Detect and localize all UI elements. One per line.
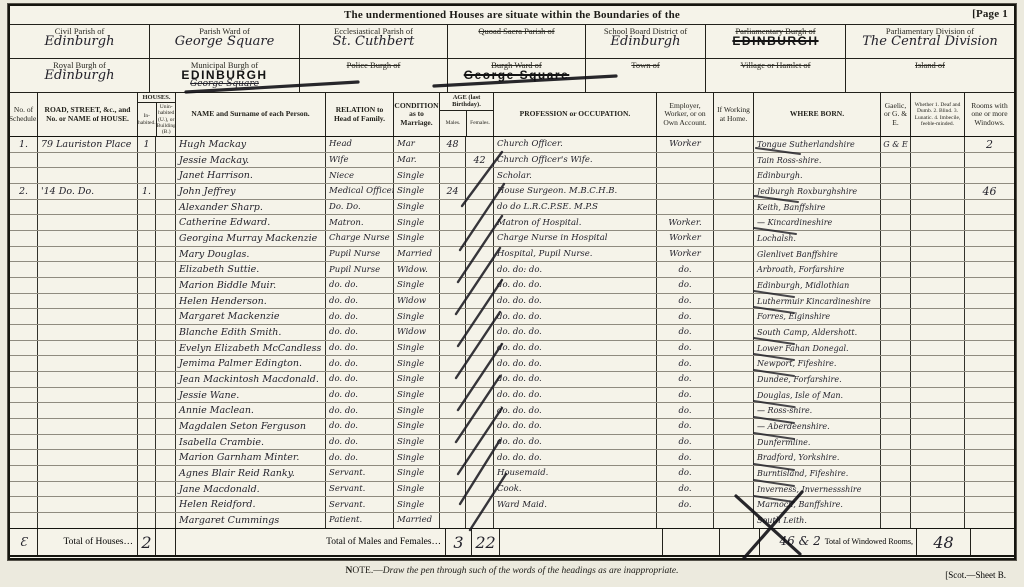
relation-to-head: do. do. <box>326 372 394 387</box>
table-row: Evelyn Elizabeth McCandless do. do. Sing… <box>10 341 1014 357</box>
infirmity <box>911 372 965 387</box>
gaelic-speaker <box>881 372 911 387</box>
profession-occupation: Charge Nurse in Hospital <box>494 231 657 246</box>
table-row: Blanche Edith Smith. do. do. Widow do. d… <box>10 325 1014 341</box>
infirmity <box>911 262 965 277</box>
schedule-number <box>10 419 38 434</box>
windowed-rooms: 2 <box>965 137 1014 152</box>
spacer-cell <box>971 529 1014 555</box>
road-street-house <box>38 231 138 246</box>
enumerator-mark: Ɛ <box>10 529 38 555</box>
gaelic-speaker <box>881 513 911 528</box>
windowed-rooms <box>965 513 1014 528</box>
where-born: Douglas, Isle of Man. <box>754 388 881 403</box>
road-street-house <box>38 356 138 371</box>
where-born: Inverness, Invernessshire <box>754 482 881 497</box>
schedule-number <box>10 341 38 356</box>
working-at-home <box>714 262 754 277</box>
age-males <box>440 231 466 246</box>
houses-inhabited <box>138 231 156 246</box>
where-born: Glenlivet Banffshire <box>754 247 881 262</box>
road-street-house <box>38 341 138 356</box>
person-name: Helen Reidford. <box>176 497 326 512</box>
relation-to-head: Wife <box>326 153 394 168</box>
age-females <box>466 372 494 387</box>
field-value: Edinburgh <box>13 34 146 49</box>
relation-to-head: do. do. <box>326 450 394 465</box>
gaelic-speaker <box>881 403 911 418</box>
table-row: Jemima Palmer Edington. do. do. Single d… <box>10 356 1014 372</box>
houses-inhabited <box>138 419 156 434</box>
houses-uninhabited <box>156 403 176 418</box>
houses-uninhabited <box>156 497 176 512</box>
infirmity <box>911 278 965 293</box>
employer-worker: do. <box>657 278 714 293</box>
road-street-house: 79 Lauriston Place <box>38 137 138 152</box>
where-born: Keith, Banffshire <box>754 200 881 215</box>
person-name: Isabella Crambie. <box>176 435 326 450</box>
district-field: Island of <box>846 59 1014 93</box>
employer-worker: do. <box>657 388 714 403</box>
col-inhabited: In- habited. <box>138 103 156 136</box>
field-substamp: George Square <box>153 79 296 89</box>
age-males <box>440 200 466 215</box>
person-name: Mary Douglas. <box>176 247 326 262</box>
table-row: Jane Macdonald. Servant. Single Cook. do… <box>10 482 1014 498</box>
field-value: Edinburgh <box>13 68 146 83</box>
houses-inhabited <box>138 341 156 356</box>
employer-worker: Worker <box>657 231 714 246</box>
working-at-home <box>714 200 754 215</box>
infirmity <box>911 419 965 434</box>
working-at-home <box>714 356 754 371</box>
profession-occupation: Housemaid. <box>494 466 657 481</box>
age-males <box>440 497 466 512</box>
age-males <box>440 278 466 293</box>
infirmity <box>911 168 965 183</box>
employer-worker: do. <box>657 403 714 418</box>
where-born: Tongue Sutherlandshire <box>754 137 881 152</box>
employer-worker <box>657 513 714 528</box>
field-value: EDINBURGH <box>709 34 842 48</box>
relation-to-head: do. do. <box>326 388 394 403</box>
infirmity <box>911 513 965 528</box>
houses-uninhabited <box>156 137 176 152</box>
houses-inhabited <box>138 247 156 262</box>
column-headers: No. of Schedule. ROAD, STREET, &c., and … <box>10 93 1014 137</box>
houses-uninhabited <box>156 435 176 450</box>
relation-to-head: do. do. <box>326 403 394 418</box>
where-born: South Leith. <box>754 513 881 528</box>
houses-inhabited <box>138 372 156 387</box>
marital-condition: Single <box>394 419 440 434</box>
houses-inhabited <box>138 356 156 371</box>
person-name: Georgina Murray Mackenzie <box>176 231 326 246</box>
relation-to-head: Charge Nurse <box>326 231 394 246</box>
table-row: 1. 79 Lauriston Place 1 Hugh Mackay Head… <box>10 137 1014 153</box>
windowed-rooms <box>965 168 1014 183</box>
profession-occupation: do. do. do. <box>494 372 657 387</box>
houses-uninhabited <box>156 262 176 277</box>
windowed-rooms <box>965 247 1014 262</box>
houses-uninhabited <box>156 419 176 434</box>
rooms-label-text: Total of Windowed Rooms, <box>825 538 913 547</box>
schedule-number <box>10 403 38 418</box>
windowed-rooms <box>965 497 1014 512</box>
profession-occupation: Church Officer. <box>494 137 657 152</box>
working-at-home <box>714 419 754 434</box>
marital-condition: Single <box>394 372 440 387</box>
windowed-rooms <box>965 262 1014 277</box>
employer-worker: do. <box>657 341 714 356</box>
col-infirmities: Whether 1. Deaf and Dumb. 2. Blind. 3. L… <box>911 93 965 136</box>
road-street-house <box>38 497 138 512</box>
working-at-home <box>714 482 754 497</box>
age-females: 42 <box>466 153 494 168</box>
relation-to-head: do. do. <box>326 356 394 371</box>
marital-condition: Married <box>394 247 440 262</box>
where-born: Bradford, Yorkshire. <box>754 450 881 465</box>
age-females <box>466 278 494 293</box>
marital-condition: Single <box>394 341 440 356</box>
age-females <box>466 184 494 199</box>
table-row: Janet Harrison. Niece Single Scholar. Ed… <box>10 168 1014 184</box>
gaelic-speaker <box>881 278 911 293</box>
table-row: Helen Reidford. Servant. Single Ward Mai… <box>10 497 1014 513</box>
col-relation: RELATION to Head of Family. <box>326 93 394 136</box>
district-field: Parliamentary Division ofThe Central Div… <box>846 25 1014 59</box>
profession-occupation: do. do. do. <box>494 419 657 434</box>
houses-uninhabited <box>156 184 176 199</box>
windowed-rooms <box>965 482 1014 497</box>
infirmity <box>911 482 965 497</box>
houses-inhabited <box>138 168 156 183</box>
heading-text: The undermentioned Houses are situate wi… <box>344 9 680 21</box>
table-row: Marion Biddle Muir. do. do. Single do. d… <box>10 278 1014 294</box>
houses-uninhabited <box>156 356 176 371</box>
working-at-home <box>714 278 754 293</box>
relation-to-head: Pupil Nurse <box>326 247 394 262</box>
profession-occupation: Matron of Hospital. <box>494 215 657 230</box>
district-field: Town of <box>586 59 706 93</box>
relation-to-head: do. do. <box>326 419 394 434</box>
district-field: Parliamentary Burgh ofEDINBURGH <box>706 25 846 59</box>
infirmity <box>911 450 965 465</box>
working-at-home <box>714 184 754 199</box>
gaelic-speaker: G & E <box>881 137 911 152</box>
total-males-females-label: Total of Males and Females… <box>176 529 446 555</box>
sheet-type-label: [Scot.—Sheet B. <box>945 570 1006 580</box>
houses-inhabited <box>138 215 156 230</box>
person-name: Jessie Wane. <box>176 388 326 403</box>
table-row: Jessie Wane. do. do. Single do. do. do. … <box>10 388 1014 404</box>
employer-worker: do. <box>657 482 714 497</box>
working-at-home <box>714 215 754 230</box>
profession-occupation: Cook. <box>494 482 657 497</box>
road-street-house <box>38 450 138 465</box>
where-born: Arbroath, Forfarshire <box>754 262 881 277</box>
working-at-home <box>714 168 754 183</box>
houses-inhabited <box>138 294 156 309</box>
age-males <box>440 419 466 434</box>
schedule-number <box>10 466 38 481</box>
person-name: Helen Henderson. <box>176 294 326 309</box>
where-born: Forres, Elginshire <box>754 309 881 324</box>
working-at-home <box>714 435 754 450</box>
profession-occupation: do. do: do. <box>494 262 657 277</box>
gaelic-speaker <box>881 200 911 215</box>
windowed-rooms <box>965 278 1014 293</box>
age-females <box>466 497 494 512</box>
person-name: Jane Macdonald. <box>176 482 326 497</box>
infirmity <box>911 497 965 512</box>
profession-occupation: do. do. do. <box>494 278 657 293</box>
relation-to-head: Matron. <box>326 215 394 230</box>
windowed-rooms <box>965 231 1014 246</box>
working-at-home <box>714 309 754 324</box>
table-row: Annie Maclean. do. do. Single do. do. do… <box>10 403 1014 419</box>
table-row: Georgina Murray Mackenzie Charge Nurse S… <box>10 231 1014 247</box>
gaelic-speaker <box>881 262 911 277</box>
schedule-number <box>10 482 38 497</box>
gaelic-speaker <box>881 482 911 497</box>
employer-worker: do. <box>657 419 714 434</box>
spacer-cell <box>663 529 720 555</box>
road-street-house <box>38 403 138 418</box>
age-males <box>440 341 466 356</box>
table-row: Magdalen Seton Ferguson do. do. Single d… <box>10 419 1014 435</box>
road-street-house <box>38 247 138 262</box>
employer-worker: do. <box>657 294 714 309</box>
district-field: Village or Hamlet of <box>706 59 846 93</box>
enumeration-rows: 1. 79 Lauriston Place 1 Hugh Mackay Head… <box>10 137 1014 529</box>
field-label: Town of <box>589 60 702 70</box>
employer-worker: do. <box>657 262 714 277</box>
houses-uninhabited <box>156 278 176 293</box>
person-name: Magdalen Seton Ferguson <box>176 419 326 434</box>
profession-occupation: House Surgeon. M.B.C.H.B. <box>494 184 657 199</box>
where-born: Edinburgh, Midlothian <box>754 278 881 293</box>
employer-worker: do. <box>657 372 714 387</box>
windowed-rooms <box>965 450 1014 465</box>
marital-condition: Single <box>394 482 440 497</box>
profession-occupation: do. do. do. <box>494 294 657 309</box>
employer-worker: do. <box>657 309 714 324</box>
age-males: 48 <box>440 137 466 152</box>
age-females <box>466 356 494 371</box>
employer-worker: do. <box>657 466 714 481</box>
infirmity <box>911 153 965 168</box>
employer-worker: do. <box>657 435 714 450</box>
age-males <box>440 168 466 183</box>
marital-condition: Single <box>394 356 440 371</box>
houses-inhabited <box>138 153 156 168</box>
gaelic-speaker <box>881 356 911 371</box>
col-males: Males. <box>440 111 466 136</box>
schedule-number <box>10 325 38 340</box>
road-street-house <box>38 309 138 324</box>
windowed-rooms <box>965 309 1014 324</box>
table-row: Agnes Blair Reid Ranky. Servant. Single … <box>10 466 1014 482</box>
table-row: Margaret Mackenzie do. do. Single do. do… <box>10 309 1014 325</box>
gaelic-speaker <box>881 341 911 356</box>
relation-to-head: Patient. <box>326 513 394 528</box>
infirmity <box>911 137 965 152</box>
district-fields-row1: Civil Parish ofEdinburghParish Ward ofGe… <box>10 24 1014 59</box>
spacer-cell <box>500 529 663 555</box>
table-row: Jean Mackintosh Macdonald. do. do. Singl… <box>10 372 1014 388</box>
age-females <box>466 403 494 418</box>
totals-row: Ɛ Total of Houses… 2 Total of Males and … <box>10 529 1014 557</box>
person-name: Jean Mackintosh Macdonald. <box>176 372 326 387</box>
profession-occupation: Scholar. <box>494 168 657 183</box>
relation-to-head: do. do. <box>326 278 394 293</box>
field-value: George Square <box>451 68 582 82</box>
relation-to-head: Servant. <box>326 497 394 512</box>
where-born: Luthermuir Kincardineshire <box>754 294 881 309</box>
col-females: Females. <box>466 111 493 136</box>
field-value: St. Cuthbert <box>303 34 444 49</box>
person-name: Agnes Blair Reid Ranky. <box>176 466 326 481</box>
schedule-number <box>10 388 38 403</box>
houses-uninhabited <box>156 309 176 324</box>
district-field: Royal Burgh ofEdinburgh <box>10 59 150 93</box>
houses-uninhabited <box>156 231 176 246</box>
gaelic-speaker <box>881 309 911 324</box>
where-born: Tain Ross-shire. <box>754 153 881 168</box>
person-name: Catherine Edward. <box>176 215 326 230</box>
table-row: Isabella Crambie. do. do. Single do. do.… <box>10 435 1014 451</box>
col-uninhabited: Unin- habited (U.), or Building (B.) <box>156 103 176 136</box>
schedule-number <box>10 231 38 246</box>
person-name: Hugh Mackay <box>176 137 326 152</box>
where-born: Lochalsh. <box>754 231 881 246</box>
person-name: Marion Garnham Minter. <box>176 450 326 465</box>
age-males <box>440 247 466 262</box>
employer-worker: do. <box>657 356 714 371</box>
houses-inhabited <box>138 466 156 481</box>
relation-to-head: do. do. <box>326 341 394 356</box>
houses-inhabited <box>138 200 156 215</box>
schedule-number <box>10 247 38 262</box>
schedule-number <box>10 168 38 183</box>
relation-to-head: Niece <box>326 168 394 183</box>
road-street-house <box>38 372 138 387</box>
col-houses: HOUSES. <box>138 93 175 103</box>
age-males <box>440 513 466 528</box>
working-at-home <box>714 372 754 387</box>
profession-occupation: do. do. do. <box>494 403 657 418</box>
profession-occupation: Hospital, Pupil Nurse. <box>494 247 657 262</box>
marital-condition: Single <box>394 497 440 512</box>
total-rooms-label: 46 & 2 Total of Windowed Rooms, <box>760 529 917 555</box>
age-males <box>440 482 466 497</box>
where-born: Marnoch, Banffshire. <box>754 497 881 512</box>
profession-occupation: Ward Maid. <box>494 497 657 512</box>
schedule-number: 1. <box>10 137 38 152</box>
working-at-home <box>714 466 754 481</box>
district-field: Parish Ward ofGeorge Square <box>150 25 300 59</box>
working-at-home <box>714 450 754 465</box>
windowed-rooms <box>965 356 1014 371</box>
employer-worker: do. <box>657 450 714 465</box>
age-males <box>440 356 466 371</box>
census-scan-page: The undermentioned Houses are situate wi… <box>0 0 1024 587</box>
marital-condition: Single <box>394 200 440 215</box>
where-born: — Aberdeenshire. <box>754 419 881 434</box>
marital-condition: Widow <box>394 294 440 309</box>
schedule-number <box>10 262 38 277</box>
employer-worker: Worker <box>657 247 714 262</box>
employer-worker: do. <box>657 497 714 512</box>
person-name: John Jeffrey <box>176 184 326 199</box>
field-value: Edinburgh <box>589 34 702 49</box>
houses-inhabited <box>138 513 156 528</box>
windowed-rooms <box>965 435 1014 450</box>
age-females <box>466 341 494 356</box>
age-males <box>440 262 466 277</box>
houses-inhabited: 1. <box>138 184 156 199</box>
windowed-rooms <box>965 341 1014 356</box>
houses-inhabited <box>138 497 156 512</box>
schedule-number <box>10 153 38 168</box>
houses-inhabited <box>138 403 156 418</box>
road-street-house <box>38 215 138 230</box>
age-females <box>466 513 494 528</box>
houses-uninhabited <box>156 325 176 340</box>
district-field: Quoad Sacra Parish of <box>448 25 586 59</box>
spacer-cell <box>720 529 760 555</box>
note-text: Draw the pen through such of the words o… <box>383 566 679 576</box>
infirmity <box>911 403 965 418</box>
gaelic-speaker <box>881 497 911 512</box>
marital-condition: Single <box>394 450 440 465</box>
person-name: Margaret Mackenzie <box>176 309 326 324</box>
relation-to-head: Head <box>326 137 394 152</box>
road-street-house <box>38 419 138 434</box>
field-label: Police Burgh of <box>303 60 444 70</box>
employer-worker <box>657 168 714 183</box>
windowed-rooms <box>965 215 1014 230</box>
houses-inhabited <box>138 450 156 465</box>
field-label: Quoad Sacra Parish of <box>451 26 582 36</box>
profession-occupation: do. do. do. <box>494 341 657 356</box>
where-born: Jedburgh Roxburghshire <box>754 184 881 199</box>
working-at-home <box>714 403 754 418</box>
where-born: Edinburgh. <box>754 168 881 183</box>
where-born: — Ross-shire. <box>754 403 881 418</box>
houses-inhabited <box>138 325 156 340</box>
spacer-cell <box>156 529 176 555</box>
gaelic-speaker <box>881 247 911 262</box>
profession-occupation: do. do. do. <box>494 325 657 340</box>
total-females-value: 22 <box>472 529 500 555</box>
road-street-house <box>38 294 138 309</box>
houses-inhabited <box>138 309 156 324</box>
working-at-home <box>714 497 754 512</box>
schedule-number <box>10 372 38 387</box>
road-street-house: '14 Do. Do. <box>38 184 138 199</box>
infirmity <box>911 325 965 340</box>
gaelic-speaker <box>881 168 911 183</box>
houses-inhabited <box>138 388 156 403</box>
where-born: South Camp, Aldershott. <box>754 325 881 340</box>
age-males <box>440 372 466 387</box>
road-street-house <box>38 262 138 277</box>
marital-condition: Mar. <box>394 153 440 168</box>
relation-to-head: do. do. <box>326 435 394 450</box>
table-row: Jessie Mackay. Wife Mar. 42 Church Offic… <box>10 153 1014 169</box>
